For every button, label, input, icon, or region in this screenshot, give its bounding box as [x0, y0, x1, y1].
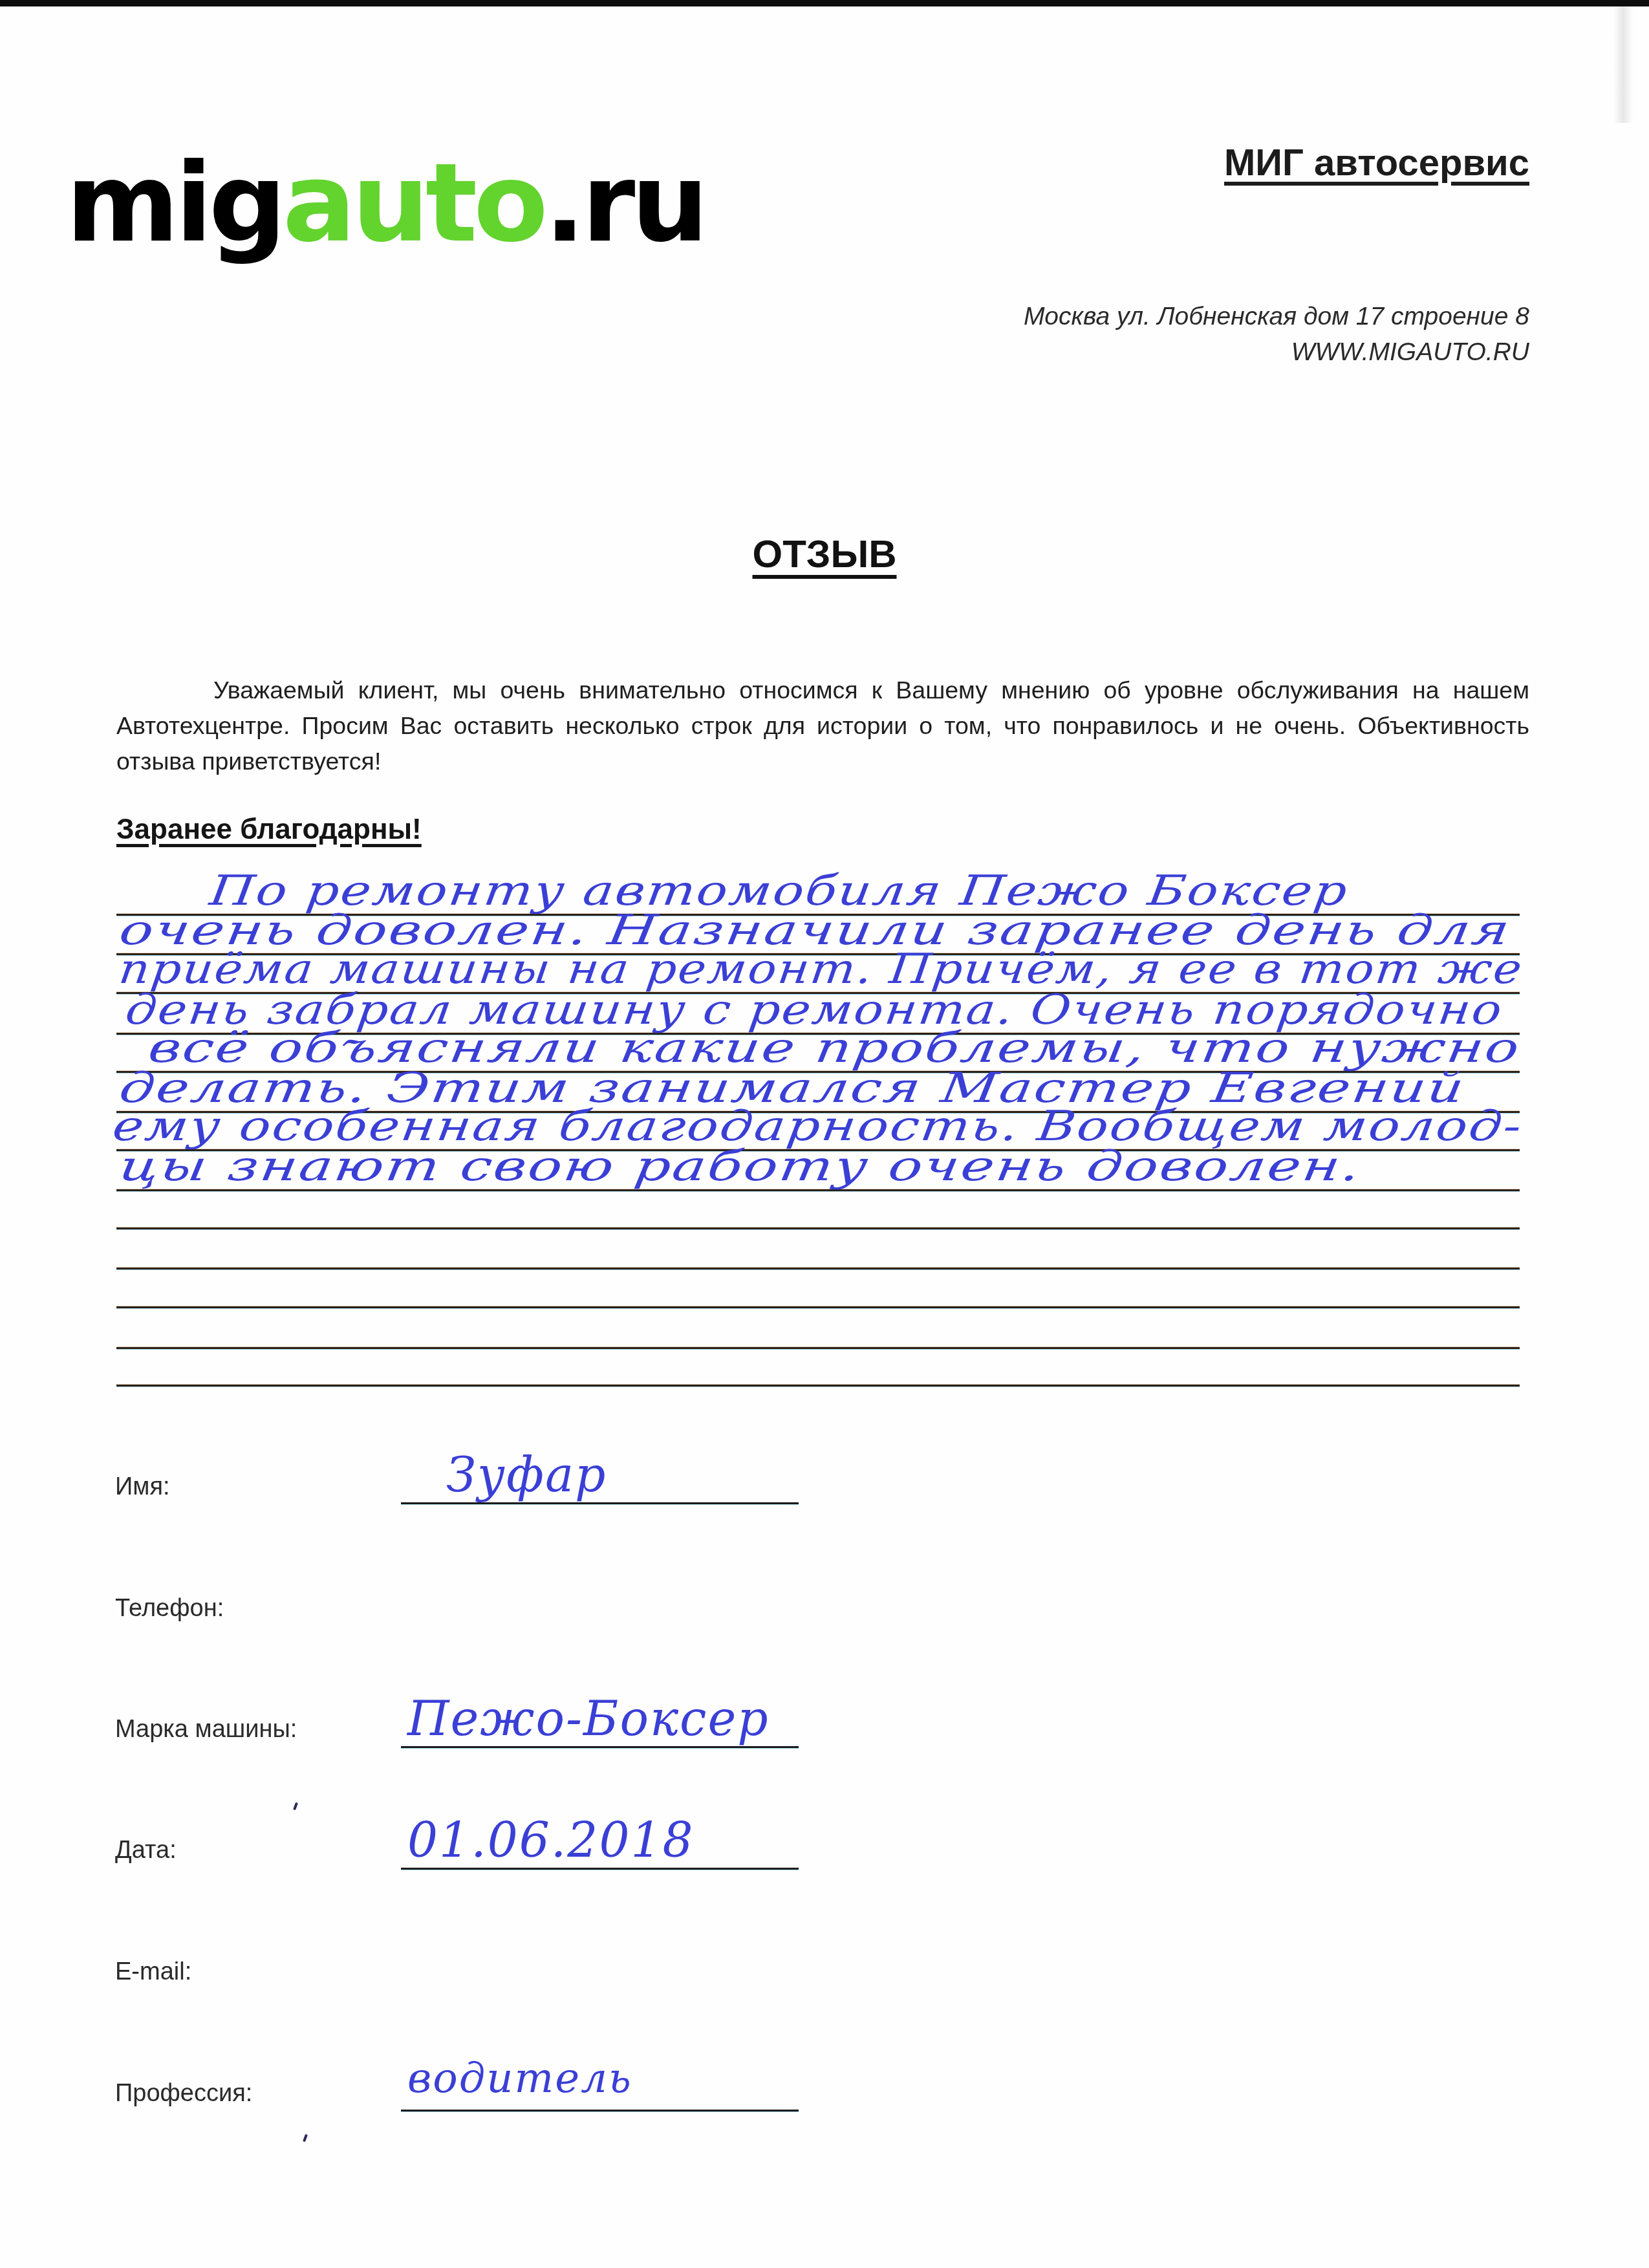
ruled-line: [116, 1385, 1520, 1387]
handwritten-review-line: очень доволен. Назначили заранее день дл…: [116, 907, 1514, 955]
handwritten-review-line: всё объясняли какие проблемы, что нужно: [145, 1024, 1524, 1072]
field-label: Марка машины:: [115, 1716, 297, 1744]
handwritten-review-line: делать. Этим занимался Мастер Евгений: [116, 1064, 1469, 1112]
handwritten-review-line: день забрал машину с ремонта. Очень поря…: [123, 986, 1506, 1034]
form-title: ОТЗЫВ: [0, 532, 1649, 576]
company-address: Москва ул. Лобненская дом 17 строение 8: [1024, 303, 1529, 331]
company-name: МИГ автосервис: [1224, 141, 1529, 184]
ruled-line: [116, 953, 1520, 955]
intro-paragraph: Уважаемый клиент, мы очень внимательно о…: [116, 673, 1529, 779]
field-label: Дата:: [115, 1837, 177, 1864]
ruled-line: [116, 1347, 1520, 1349]
ink-speck: [303, 2134, 308, 2143]
field-label: Телефон:: [115, 1595, 224, 1623]
field-input-line[interactable]: [401, 2110, 799, 2111]
logo-part-tld: .ru: [544, 140, 705, 266]
handwritten-field-value[interactable]: Пежо-Боксер: [407, 1691, 770, 1747]
field-label: Профессия:: [115, 2080, 252, 2108]
form-title-text: ОТЗЫВ: [753, 532, 897, 576]
ruled-line: [116, 1149, 1520, 1151]
field-label: Имя:: [115, 1473, 170, 1501]
feedback-form-page: migauto.ru МИГ автосервис Москва ул. Лоб…: [0, 0, 1649, 2268]
ruled-line: [116, 1033, 1520, 1035]
handwritten-review-line: ему особенная благодарность. Вообщем мол…: [110, 1103, 1525, 1150]
handwritten-review-line: цы знают свою работу очень доволен.: [116, 1143, 1364, 1191]
ruled-line: [116, 1071, 1520, 1073]
ruled-line: [116, 1268, 1520, 1269]
ruled-line: [116, 1189, 1520, 1191]
handwritten-review-line: приёма машины на ремонт. Причём, я ее в …: [116, 945, 1525, 993]
handwritten-field-value[interactable]: водитель: [407, 2055, 632, 2102]
ruled-line: [116, 992, 1520, 994]
ruled-line: [116, 1306, 1520, 1308]
handwritten-review-line: По ремонту автомобиля Пежо Боксер: [207, 867, 1352, 915]
logo-part-auto: auto: [283, 140, 544, 266]
ruled-line: [116, 1111, 1520, 1113]
field-label: E-mail:: [115, 1958, 191, 1986]
company-website: WWW.MIGAUTO.RU: [1291, 338, 1529, 367]
logo-part-mig: mig: [66, 140, 283, 266]
ruled-line: [116, 914, 1520, 916]
ink-speck: [293, 1802, 298, 1811]
migauto-logo: migauto.ru: [66, 149, 705, 257]
scan-edge: [0, 0, 1649, 6]
handwritten-field-value[interactable]: 01.06.2018: [407, 1813, 695, 1868]
ruled-line: [116, 1227, 1520, 1229]
handwritten-field-value[interactable]: Зуфар: [446, 1447, 607, 1503]
paper-fold-shadow: [1613, 6, 1633, 123]
thanks-heading: Заранее благодарны!: [116, 814, 422, 846]
